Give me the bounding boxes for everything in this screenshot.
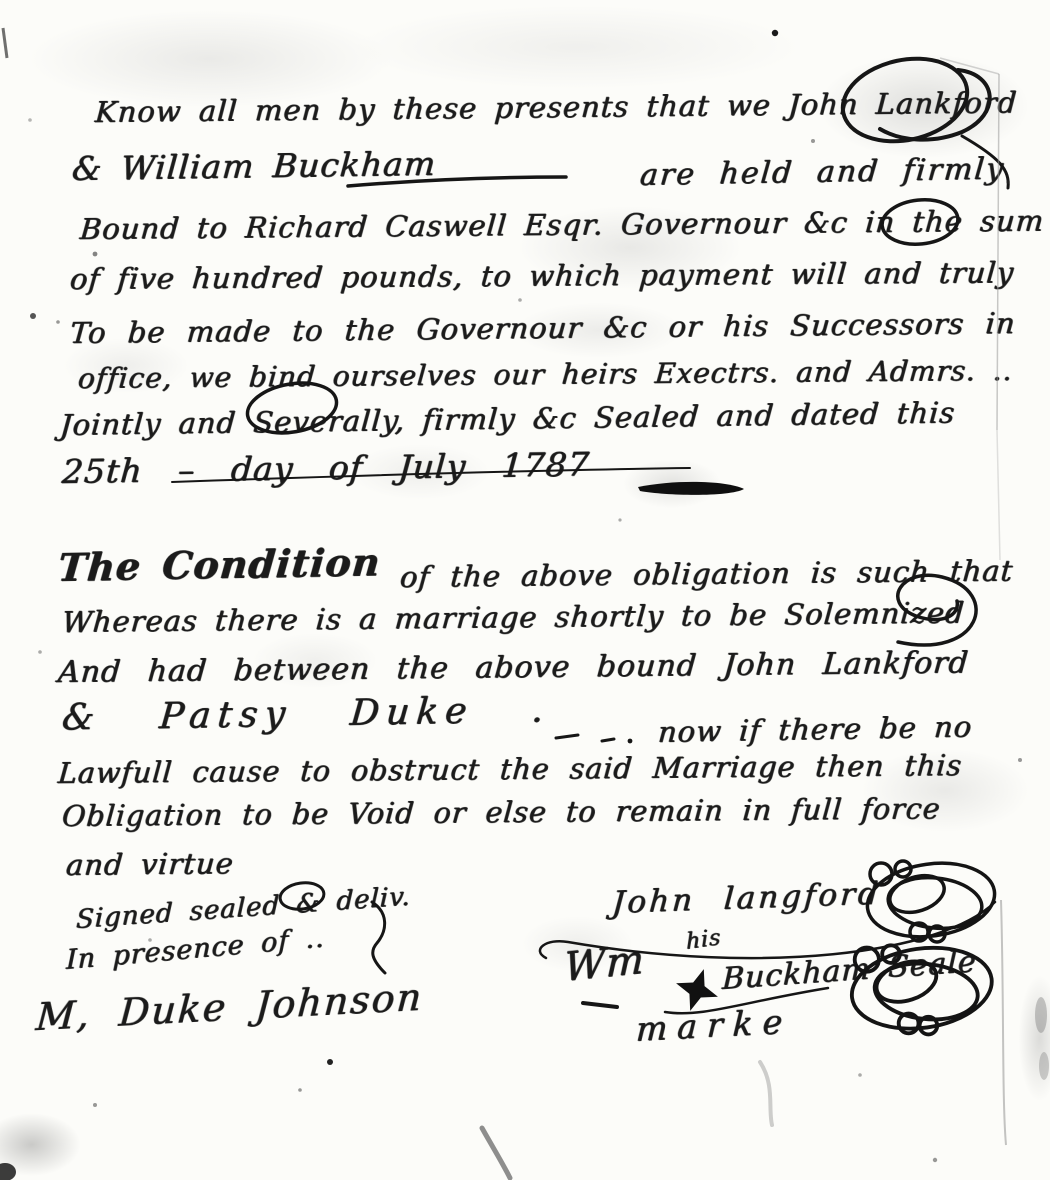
- dash-after-1787: [638, 482, 744, 495]
- bond-line-5: To be made to the Governour &c or his Su…: [69, 306, 1017, 350]
- bond-line-14: Obligation to be Void or else to remain …: [61, 792, 942, 833]
- bond-line-2a: & William Buckham: [71, 144, 438, 188]
- bond-line-12a: & Patsy Duke .: [60, 689, 552, 739]
- signature-principal: John langford: [611, 876, 882, 921]
- bond-line-1: Know all men by these presents that we J…: [94, 85, 1018, 129]
- bond-line-12b: now if there be no: [657, 709, 974, 749]
- bond-line-9-heading: The Condition: [56, 539, 382, 590]
- dashes-after-duke: [556, 735, 632, 743]
- seal-scribble-principal-icon: [863, 855, 1000, 944]
- bond-line-6: office, we bind ourselves our heirs Exec…: [77, 354, 1014, 395]
- bond-line-10: Whereas there is a marriage shortly to b…: [61, 596, 966, 639]
- bond-line-8: 25th – day of July 1787: [61, 445, 591, 491]
- signature-surety-name: Buckham Seale: [721, 944, 977, 997]
- witness-line-1: Signed sealed & deliv.: [75, 882, 411, 936]
- signature-his-label: his: [686, 925, 722, 955]
- signature-mark-label: marke: [635, 1002, 793, 1049]
- bond-line-11: And had between the above bound John Lan…: [57, 645, 970, 690]
- witness-signature: M, Duke Johnson: [34, 975, 424, 1040]
- document-scan: Know all men by these presents that we J…: [0, 0, 1050, 1180]
- bond-line-9-rest: of the above obligation is such that: [399, 554, 1015, 594]
- bond-line-7: Jointly and Severally, firmly &c Sealed …: [59, 395, 957, 442]
- bond-line-13: Lawfull cause to obstruct the said Marri…: [57, 749, 964, 790]
- signature-surety-initials: Wm: [563, 936, 645, 991]
- bond-line-3: Bound to Richard Caswell Esqr. Governour…: [79, 204, 1046, 246]
- wm-underline-stroke: [583, 1003, 617, 1007]
- bond-line-4: of five hundred pounds, to which payment…: [69, 255, 1016, 296]
- bond-line-15: and virtue: [65, 846, 235, 882]
- bond-line-2b: are held and firmly: [638, 152, 1006, 193]
